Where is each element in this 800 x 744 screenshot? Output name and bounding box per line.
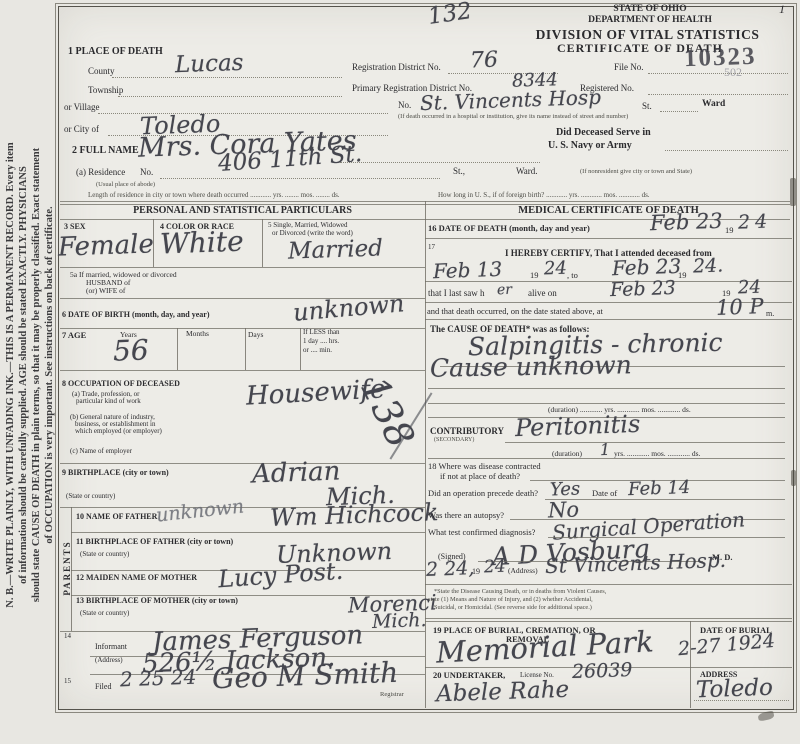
column-divider: [425, 201, 426, 708]
date-of-death-label: 16 DATE OF DEATH (month, day and year): [428, 224, 590, 233]
age-label: 7 AGE: [62, 331, 86, 340]
registered-no-line: [648, 94, 788, 95]
attended-to-value: Feb 23: [612, 256, 682, 278]
registrar-signature: Geo M Smith: [212, 659, 399, 693]
informant-address-label: (Address): [95, 657, 123, 664]
sign-address-label: (Address): [508, 567, 538, 575]
registration-district-value: 76: [470, 50, 499, 73]
place-of-death-label: 1 PLACE OF DEATH: [68, 47, 163, 58]
parents-divider: [71, 507, 72, 631]
attended-to-year: 24.: [693, 256, 724, 276]
margin-note-line: of OCCUPATION is very important. See ins…: [43, 10, 56, 740]
operation-date-label: Date of: [592, 489, 617, 498]
contributory-label: CONTRIBUTORY: [430, 427, 504, 436]
duration-label-2b: yrs. ............ mos. ............ ds.: [614, 450, 700, 458]
q18-text-2: if not at place of death?: [440, 472, 520, 481]
autopsy-question: Was there an autopsy?: [428, 511, 504, 520]
occupation-label: 8 OCCUPATION OF DECEASED: [62, 380, 180, 388]
st-label: St.: [642, 102, 652, 111]
date-of-death-value: Feb 23: [650, 211, 723, 235]
rule: [545, 499, 785, 500]
county-line: [112, 77, 342, 78]
county-value: Lucas: [175, 52, 244, 77]
age-days-label: Days: [248, 331, 263, 339]
village-label: or Village: [64, 103, 100, 112]
undertaker-value: Abele Rahe: [436, 679, 570, 707]
institution-note: (If death occurred in a hospital or inst…: [398, 114, 628, 121]
registration-district-label: Registration District No.: [352, 63, 441, 72]
rule: [71, 532, 425, 533]
sign-year-value: 24: [484, 559, 506, 577]
year-prefix: 19: [530, 271, 539, 280]
last-saw-pronoun: er: [497, 283, 512, 298]
rule: [425, 584, 792, 585]
margin-note-line: should state CAUSE OF DEATH in plain ter…: [30, 10, 43, 740]
informant-number: 14: [64, 633, 71, 640]
registrar-label: Registrar: [380, 692, 404, 699]
color-value: White: [160, 228, 245, 259]
death-occurred-text: and that death occurred, on the date sta…: [427, 307, 603, 316]
cause-value-2: Cause unknown: [430, 352, 632, 381]
last-saw-date: Feb 23: [610, 279, 676, 300]
rule: [425, 618, 792, 619]
rule: [60, 328, 425, 329]
death-certificate-scan: N. B.—WRITE PLAINLY, WITH UNFADING INK.—…: [0, 0, 800, 744]
corner-mark: 1: [779, 3, 785, 16]
occupation-a2: particular kind of work: [76, 398, 141, 405]
attended-from-year: 24: [544, 260, 568, 279]
contributory-value: Peritonitis: [515, 412, 641, 440]
rule: [60, 463, 425, 464]
institution-no-label: No.: [398, 101, 411, 110]
secondary-label: (SECONDARY): [434, 437, 474, 443]
filed-number: 15: [64, 678, 71, 685]
residence-label: (a) Residence: [76, 168, 125, 177]
ward-label: Ward: [702, 100, 725, 110]
husband-label-3: (or) WIFE of: [86, 287, 125, 295]
cell-divider: [245, 328, 246, 370]
address-line: [694, 700, 789, 701]
license-no-value: 26039: [572, 661, 633, 682]
rule: [60, 267, 425, 268]
age-months-label: Months: [186, 330, 209, 338]
residence-st-label: St.,: [453, 167, 465, 176]
nonresident-note: (If nonresident give city or town and St…: [580, 169, 692, 176]
rule: [428, 458, 785, 459]
operation-date-value: Feb 14: [628, 479, 691, 499]
mother-birthplace-value-2: Mich.: [372, 611, 427, 632]
file-no-label: File No.: [614, 63, 644, 72]
age-less-label-1: If LESS than: [303, 329, 340, 336]
duration-label-2: (duration): [552, 450, 582, 458]
institution-value: St. Vincents Hosp: [420, 87, 602, 113]
state-title: STATE OF OHIO: [500, 5, 800, 15]
margin-note-line: N. B.—WRITE PLAINLY, WITH UNFADING INK.—…: [4, 10, 17, 740]
cell-divider: [262, 219, 263, 267]
rule: [425, 238, 792, 239]
age-less-label-2: 1 day .... hrs.: [303, 338, 339, 345]
test-question: What test confirmed diagnosis?: [428, 528, 535, 537]
year-prefix: 19: [472, 568, 480, 576]
full-name-line: [340, 162, 540, 163]
city-label: or City of: [64, 125, 99, 134]
time-m-label: m.: [766, 310, 774, 318]
residence-ward-label: Ward.: [516, 167, 538, 176]
rule: [505, 442, 785, 443]
residence-line: [160, 178, 440, 179]
death-time-value: 10 P: [716, 296, 764, 319]
burial-cell-divider: [690, 621, 691, 708]
length-residence-note: Length of residence in city or town wher…: [88, 192, 340, 199]
rule: [425, 319, 792, 320]
rule: [60, 370, 425, 371]
st-line: [660, 111, 698, 112]
q18-text-1: 18 Where was disease contracted: [428, 462, 541, 471]
handwritten-page-note: 132: [427, 0, 474, 29]
undertaker-address-value: Toledo: [696, 677, 774, 703]
age-value: 56: [113, 336, 150, 365]
scan-smudge: [790, 178, 796, 206]
navy-label-1: Did Deceased Serve in: [556, 128, 651, 139]
last-saw-text-1: that I last saw h: [428, 289, 485, 298]
father-name-value: Wm Hichcock: [270, 500, 439, 530]
filed-date-value: 2 25 24: [120, 667, 197, 690]
residence-no-label: No.: [140, 168, 153, 177]
margin-note-line: of information should be carefully suppl…: [17, 10, 30, 740]
dob-label: 6 DATE OF BIRTH (month, day, and year): [62, 311, 210, 319]
year-prefix: 19: [678, 271, 687, 280]
sign-date-value: 2 24,: [426, 559, 475, 580]
county-label: County: [88, 67, 115, 76]
date-of-death-year: 24: [738, 212, 773, 232]
occupation-b3: which employed (or employer): [75, 428, 162, 435]
file-number-stamp: 10323: [684, 43, 757, 74]
navy-label-2: U. S. Navy or Army: [548, 141, 632, 152]
personal-title: PERSONAL AND STATISTICAL PARTICULARS: [60, 206, 425, 217]
cell-divider: [300, 328, 301, 370]
mother-birthplace-label: 13 BIRTHPLACE OF MOTHER (city or town): [76, 597, 238, 605]
father-birthplace-state-label: (State or country): [80, 551, 129, 558]
father-birthplace-label: 11 BIRTHPLACE OF FATHER (city or town): [76, 538, 233, 546]
department-title: DEPARTMENT OF HEALTH: [500, 16, 800, 26]
father-name-label: 10 NAME OF FATHER: [76, 513, 157, 521]
contributory-duration-value: 1: [600, 442, 611, 458]
township-line: [118, 96, 342, 97]
birthplace-state-label: (State or country): [66, 493, 115, 500]
foreign-birth-note: How long in U. S., if of foreign birth? …: [438, 192, 650, 199]
attended-from-value: Feb 13: [433, 259, 503, 281]
sex-label: 3 SEX: [64, 223, 86, 231]
last-saw-text-2: alive on: [528, 289, 557, 298]
margin-note: N. B.—WRITE PLAINLY, WITH UNFADING INK.—…: [4, 10, 56, 740]
operation-question: Did an operation precede death?: [428, 489, 538, 498]
filed-label: Filed: [95, 683, 111, 691]
abode-note: (Usual place of abode): [96, 182, 155, 189]
mother-birthplace-state-label: (State or country): [80, 610, 129, 617]
informant-label: Informant: [95, 643, 127, 651]
cell-divider: [177, 328, 178, 370]
footnote-line-1: *State the Disease Causing Death, or in …: [434, 589, 606, 596]
year-prefix: 19: [725, 226, 734, 235]
navy-line: [665, 150, 788, 151]
footnote-line-2: state (1) Means and Nature of Injury, an…: [428, 597, 593, 604]
sign-address-value: St Vincents Hosp.: [545, 550, 727, 576]
birthplace-label: 9 BIRTHPLACE (city or town): [62, 469, 169, 477]
rule: [425, 621, 792, 622]
to-label: , to: [567, 271, 578, 280]
township-label: Township: [88, 86, 123, 95]
footnote-line-3: Suicidal, or Homicidal. (See reverse sid…: [434, 605, 592, 612]
sex-value: Female: [58, 231, 155, 260]
occupation-c: (c) Name of employer: [70, 448, 132, 455]
full-name-label: 2 FULL NAME: [72, 146, 139, 157]
certify-number: 17: [428, 244, 435, 251]
scan-smudge: [791, 470, 796, 486]
age-less-label-3: or .... min.: [303, 347, 332, 354]
ink-mark: [757, 710, 774, 721]
rule: [428, 403, 785, 404]
file-no-line: [648, 73, 788, 74]
marital-value: Married: [288, 237, 384, 263]
rule: [428, 388, 785, 389]
mother-name-label: 12 MAIDEN NAME OF MOTHER: [76, 574, 197, 582]
